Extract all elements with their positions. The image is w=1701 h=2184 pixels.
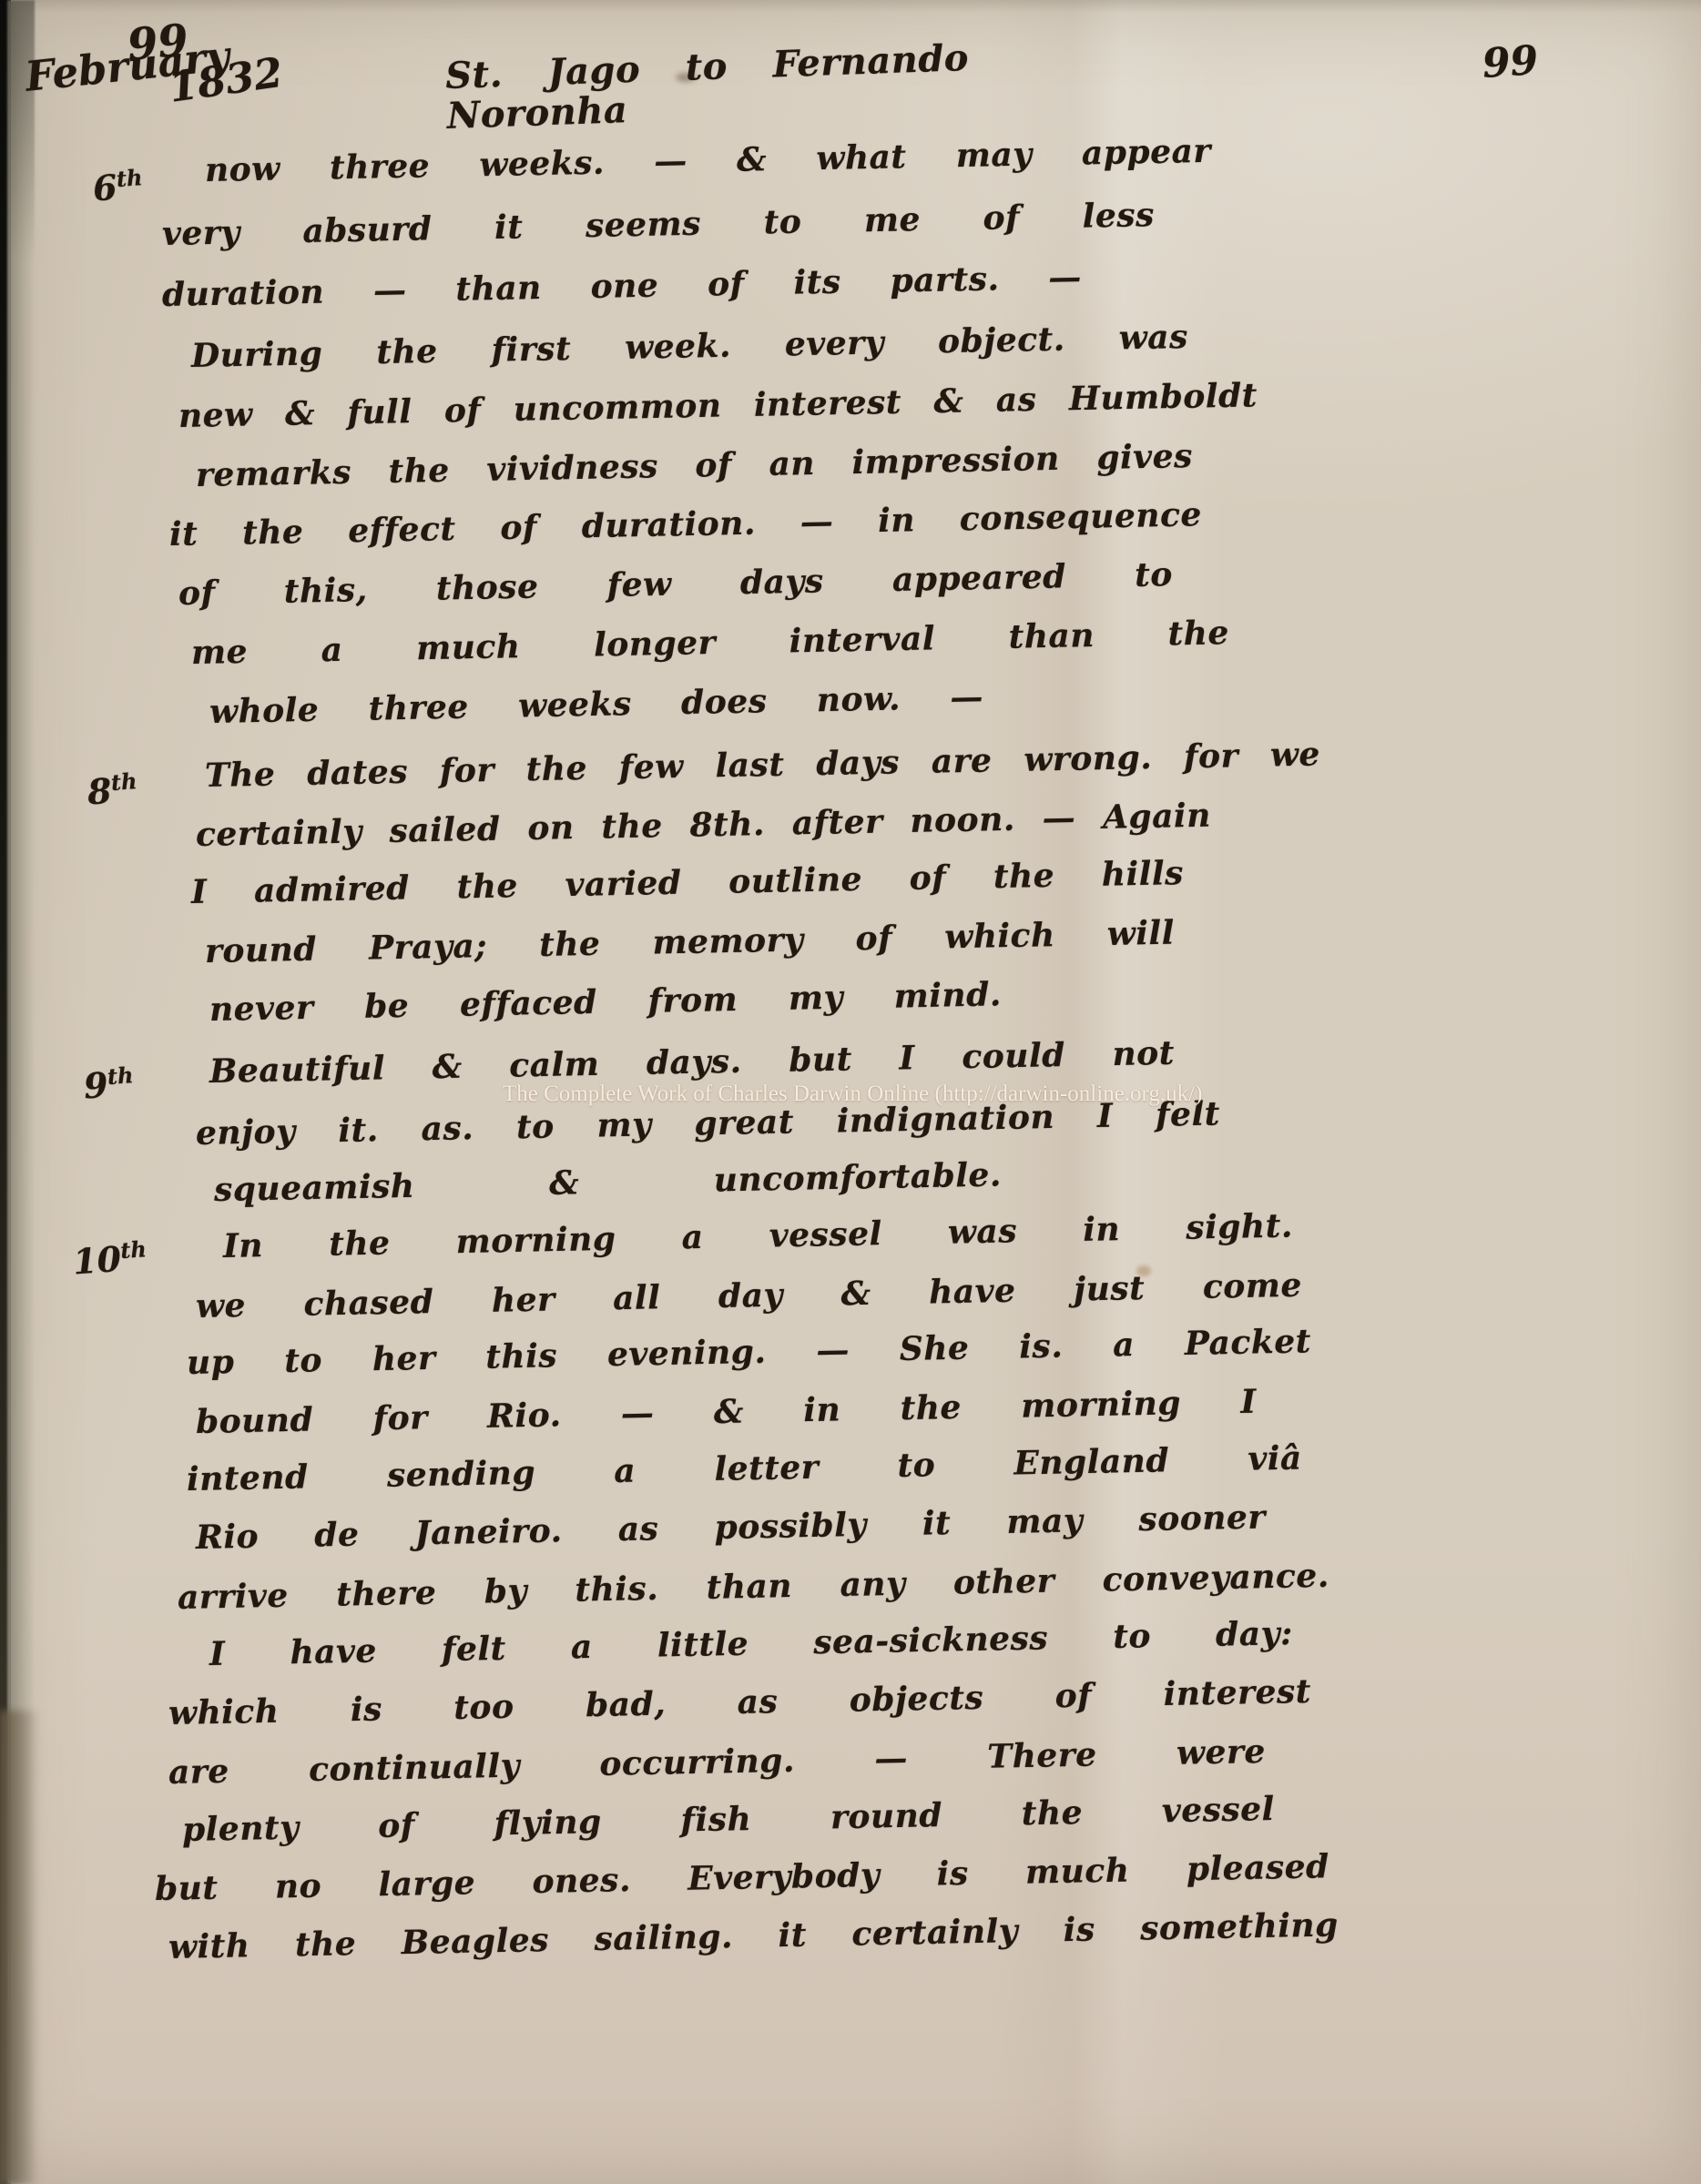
diary-line: of this, those few days appeared to <box>178 557 1174 613</box>
diary-line: I have felt a little sea-sickness to day… <box>209 1616 1294 1672</box>
diary-line: arrive there by this. than any other con… <box>178 1559 1330 1617</box>
diary-line: never be effaced from my mind. <box>209 977 1003 1028</box>
margin-date-suffix: th <box>119 1235 148 1264</box>
diary-line: up to her this evening. — She is. a Pack… <box>187 1324 1312 1381</box>
diary-line: very absurd it seems to me of less <box>162 198 1156 253</box>
diary-line: with the Beagles sailing. it certainly i… <box>168 1907 1339 1966</box>
diary-line: intend sending a letter to England viâ <box>187 1440 1303 1498</box>
diary-line: I admired the varied outline of the hill… <box>191 856 1185 911</box>
diary-line: squeamish & uncomfortable. <box>214 1157 1003 1208</box>
diary-line: new & full of uncommon interest & as Hum… <box>178 378 1258 434</box>
margin-date-6th: 6th <box>91 164 144 208</box>
margin-date-suffix: th <box>116 164 144 192</box>
margin-date-9th: 9th <box>82 1062 135 1106</box>
margin-date-num: 10 <box>72 1238 123 1283</box>
diary-line: which is too bad, as objects of interest <box>168 1674 1312 1732</box>
diary-line: The dates for the few last days are wron… <box>205 736 1321 794</box>
binding-edge-bottom <box>0 1711 47 2184</box>
margin-date-suffix: th <box>107 1062 135 1090</box>
diary-line: are continually occurring. — There were <box>168 1734 1267 1792</box>
diary-line: In the morning a vessel was in sight. <box>223 1208 1294 1265</box>
diary-line: duration — than one of its parts. — <box>162 260 1083 314</box>
route-header: St. Jago to Fernando Noronha <box>444 38 971 137</box>
diary-line: round Praya; the memory of which will <box>205 916 1176 970</box>
margin-date-8th: 8th <box>86 767 138 812</box>
diary-line: bound for Rio. — & in the morning I <box>196 1385 1258 1441</box>
margin-date-suffix: th <box>110 767 138 796</box>
margin-date-num: 6 <box>92 167 119 209</box>
diary-page-photo: 99 February 1832 St. Jago to Fernando No… <box>0 0 1701 2184</box>
margin-date-10th: 10th <box>72 1235 148 1282</box>
darwin-online-watermark: The Complete Work of Charles Darwin Onli… <box>503 1082 1231 1107</box>
diary-line: it the effect of duration. — in conseque… <box>169 497 1203 553</box>
diary-line: remarks the vividness of an impression g… <box>196 439 1194 494</box>
page-number: 99 <box>1481 37 1540 87</box>
diary-line: me a much longer interval than the <box>191 615 1230 671</box>
diary-line: Rio de Janeiro. as possibly it may soone… <box>196 1499 1267 1556</box>
diary-line: plenty of flying fish round the vessel <box>182 1792 1276 1849</box>
diary-line: we chased her all day & have just come <box>196 1268 1303 1326</box>
diary-line: whole three weeks does now. — <box>209 680 984 731</box>
diary-line: During the first week. every object. was <box>191 320 1189 375</box>
margin-date-num: 9 <box>83 1064 110 1107</box>
margin-date-num: 8 <box>87 770 114 813</box>
diary-line: but no large ones. Everybody is much ple… <box>155 1849 1330 1907</box>
diary-line: certainly sailed on the 8th. after noon.… <box>196 798 1212 854</box>
diary-line: now three weeks. — & what may appear <box>205 134 1212 189</box>
